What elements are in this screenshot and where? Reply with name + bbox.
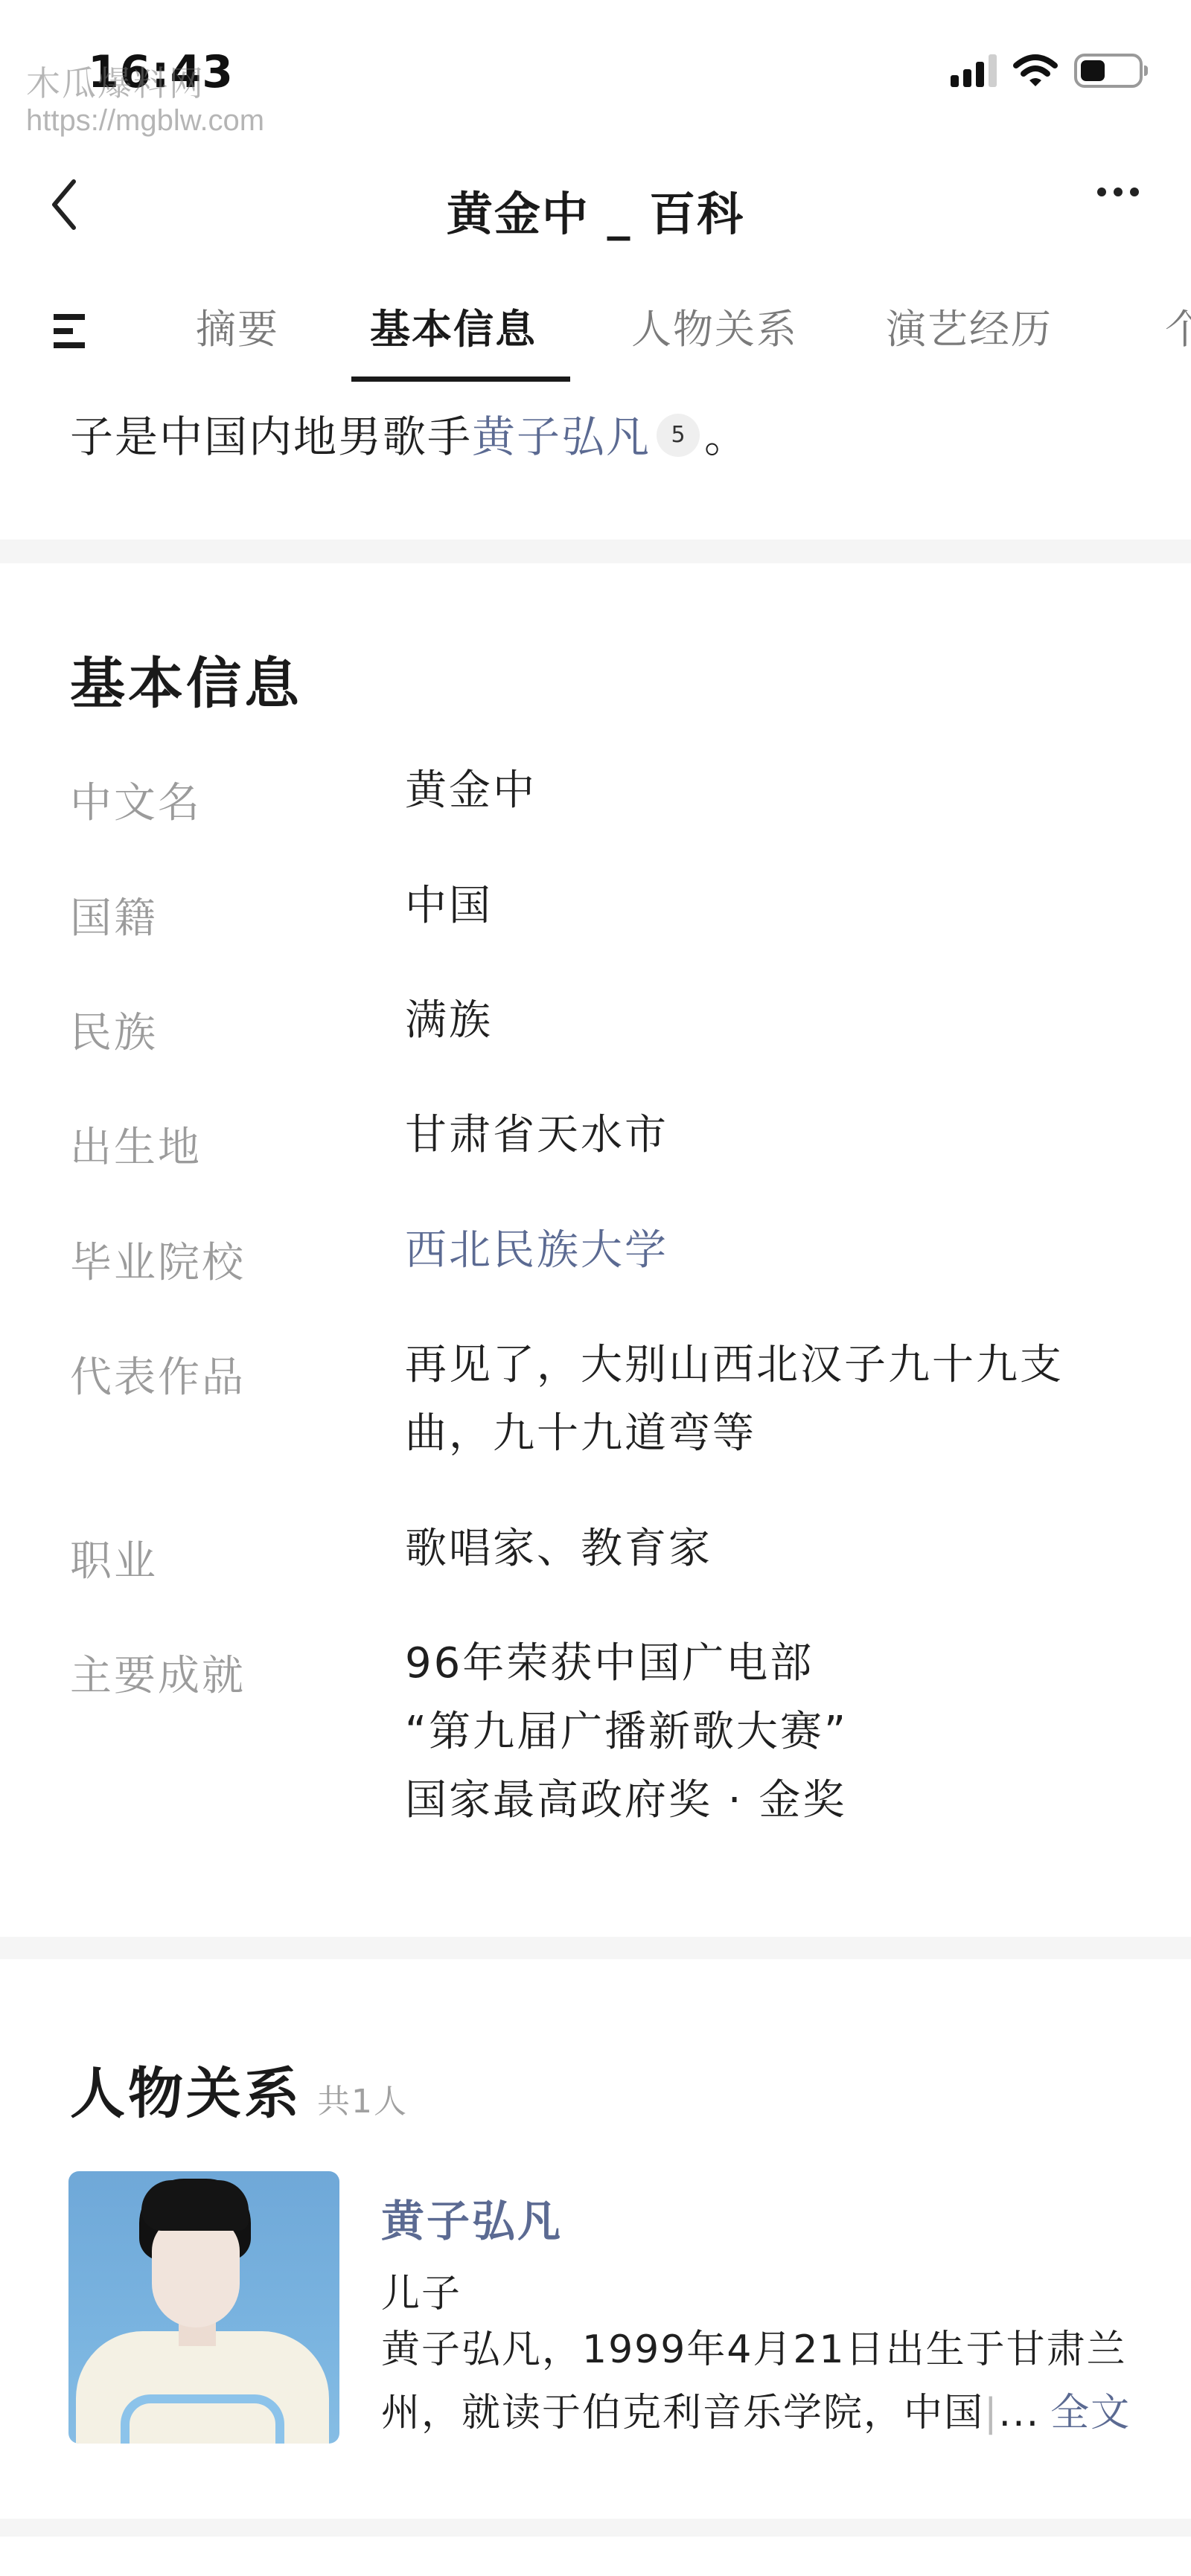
status-bar: 16:43 [0,0,1191,141]
status-icons [951,54,1143,88]
tab-relations[interactable]: 人物关系 [631,298,798,355]
more-horizontal-icon [1097,188,1106,196]
status-time: 16:43 [88,46,234,98]
info-label: 主要成就 [70,1643,246,1702]
cellular-signal-icon [951,54,997,87]
info-label: 代表作品 [70,1345,246,1404]
tab-career[interactable]: 演艺经历 [886,298,1053,355]
info-label: 中文名 [70,770,202,830]
ellipsis: ... [999,2391,1041,2435]
info-value-link[interactable]: 西北民族大学 [405,1217,1149,1285]
intro-text-after: 。 [704,411,749,462]
achievement-line: 96年荣获中国广电部 [405,1630,1149,1698]
info-value: 96年荣获中国广电部 “第九届广播新歌大赛” 国家最高政府奖 · 金奖 [405,1630,1149,1835]
more-button[interactable] [1097,188,1139,196]
active-tab-indicator [351,377,570,382]
section-divider [0,1937,1191,1959]
full-text-link[interactable]: 全文 [1050,2391,1131,2435]
battery-icon [1074,54,1143,88]
relation-desc-fade: | [984,2391,999,2435]
section-divider [0,2519,1191,2537]
relation-desc-line: 黄子弘凡，1999年4月21日出生于甘肃兰 [381,2319,1125,2382]
relation-desc-line: 州，就读于伯克利音乐学院，中国 [381,2391,984,2435]
relation-name-link[interactable]: 黄子弘凡 [381,2186,563,2249]
section-tabbar: 摘要 基本信息 人物关系 演艺经历 个 [0,275,1191,387]
info-value: 黄金中 [405,757,1149,825]
info-label: 国籍 [70,885,158,945]
info-value: 满族 [405,987,1149,1055]
menu-list-icon[interactable] [54,314,86,348]
info-value: 再见了，大别山西北汉子九十九支曲，九十九道弯等 [405,1331,1120,1468]
relation-photo[interactable] [68,2171,339,2444]
relation-card[interactable]: 黄子弘凡 儿子 黄子弘凡，1999年4月21日出生于甘肃兰 州，就读于伯克利音乐… [68,2171,1125,2445]
section-divider [0,539,1191,563]
relations-count: 共1人 [317,2083,408,2121]
relation-description: 黄子弘凡，1999年4月21日出生于甘肃兰 州，就读于伯克利音乐学院，中国|..… [381,2319,1125,2445]
info-label: 出生地 [70,1115,202,1174]
intro-link-son[interactable]: 黄子弘凡 [472,411,651,462]
achievement-line: 国家最高政府奖 · 金奖 [405,1766,1149,1835]
info-value: 歌唱家、教育家 [405,1515,1149,1583]
tab-summary[interactable]: 摘要 [196,298,279,355]
intro-text: 子是中国内地男歌手黄子弘凡5。 [70,402,749,464]
navbar: 黄金中 _ 百科 [0,149,1191,260]
relation-role: 儿子 [381,2262,462,2318]
info-label: 职业 [70,1528,158,1588]
info-value: 甘肃省天水市 [405,1101,1149,1170]
wifi-icon [1013,54,1058,88]
relations-title-text: 人物关系 [70,2062,302,2126]
page-title: 黄金中 _ 百科 [0,177,1191,243]
info-value: 中国 [405,872,1149,941]
reference-badge[interactable]: 5 [657,414,700,457]
info-label: 民族 [70,1000,158,1060]
intro-text-before: 子是中国内地男歌手 [70,411,472,462]
info-label: 毕业院校 [70,1230,246,1289]
basic-info-title: 基本信息 [70,640,302,719]
tab-personal-cut[interactable]: 个 [1165,298,1191,355]
tab-basic-info[interactable]: 基本信息 [370,298,537,355]
relations-title: 人物关系共1人 [70,2050,408,2129]
achievement-line: “第九届广播新歌大赛” [405,1698,1149,1766]
